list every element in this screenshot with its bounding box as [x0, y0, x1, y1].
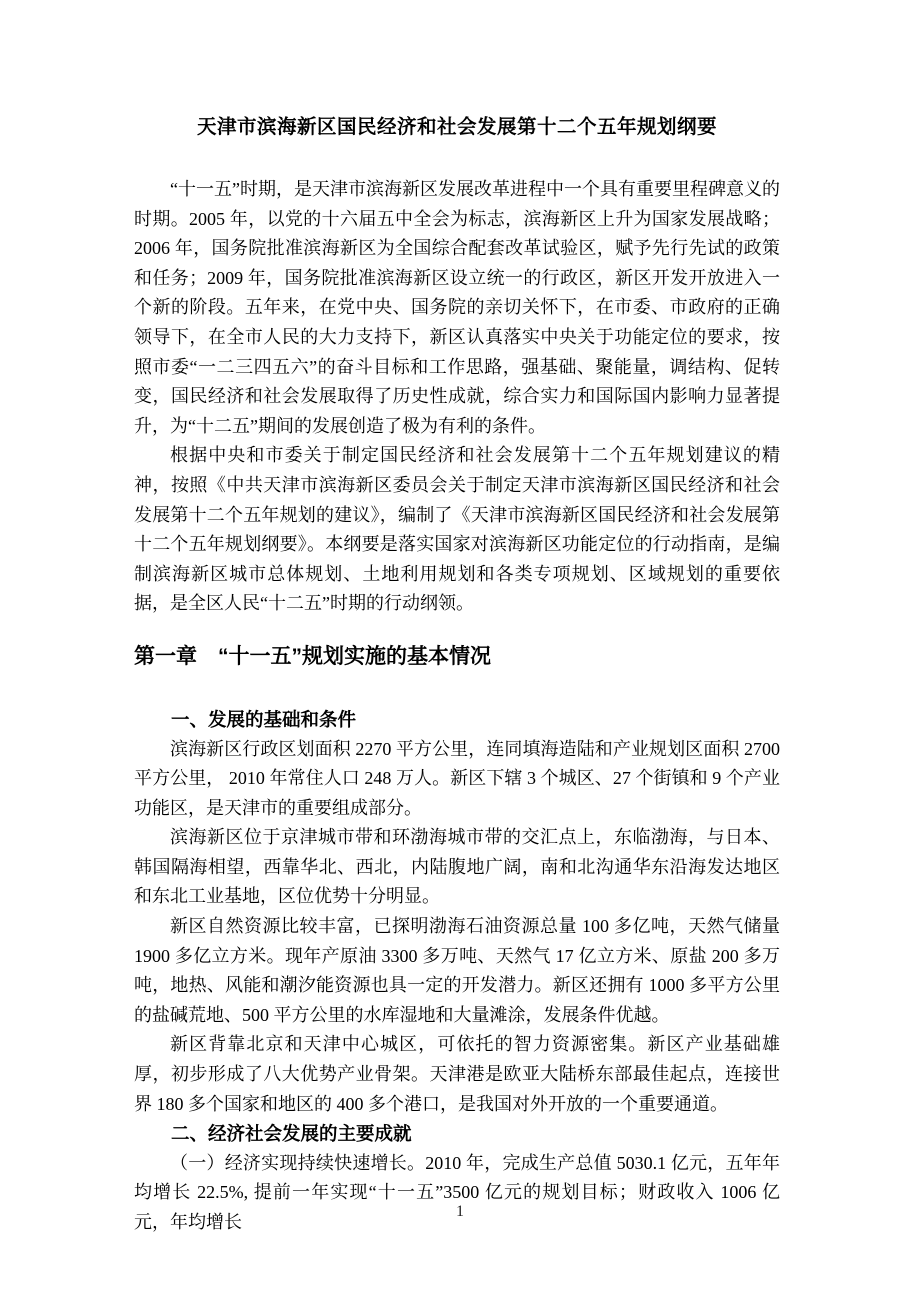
- section-2-heading: 二、经济社会发展的主要成就: [134, 1119, 780, 1149]
- document-page: 天津市滨海新区国民经济和社会发展第十二个五年规划纲要 “十一五”时期，是天津市滨…: [0, 0, 920, 1302]
- document-title: 天津市滨海新区国民经济和社会发展第十二个五年规划纲要: [134, 112, 780, 142]
- chapter-1-heading: 第一章 “十一五”规划实施的基本情况: [134, 641, 780, 673]
- page-number: 1: [0, 1202, 920, 1222]
- intro-paragraph-1: “十一五”时期，是天津市滨海新区发展改革进程中一个具有重要里程碑意义的时期。20…: [134, 175, 780, 441]
- section-1-heading: 一、发展的基础和条件: [134, 705, 780, 735]
- intro-paragraph-2: 根据中央和市委关于制定国民经济和社会发展第十二个五年规划建议的精神，按照《中共天…: [134, 441, 780, 619]
- section-1-paragraph-3: 新区自然资源比较丰富，已探明渤海石油资源总量 100 多亿吨，天然气储量 190…: [134, 912, 780, 1030]
- section-1-paragraph-1: 滨海新区行政区划面积 2270 平方公里，连同填海造陆和产业规划区面积 2700…: [134, 735, 780, 824]
- section-1-paragraph-4: 新区背靠北京和天津中心城区，可依托的智力资源密集。新区产业基础雄厚，初步形成了八…: [134, 1030, 780, 1119]
- section-1-paragraph-2: 滨海新区位于京津城市带和环渤海城市带的交汇点上，东临渤海，与日本、韩国隔海相望，…: [134, 823, 780, 912]
- section-2-paragraph-1: （一）经济实现持续快速增长。2010 年，完成生产总值 5030.1 亿元，五年…: [134, 1149, 780, 1238]
